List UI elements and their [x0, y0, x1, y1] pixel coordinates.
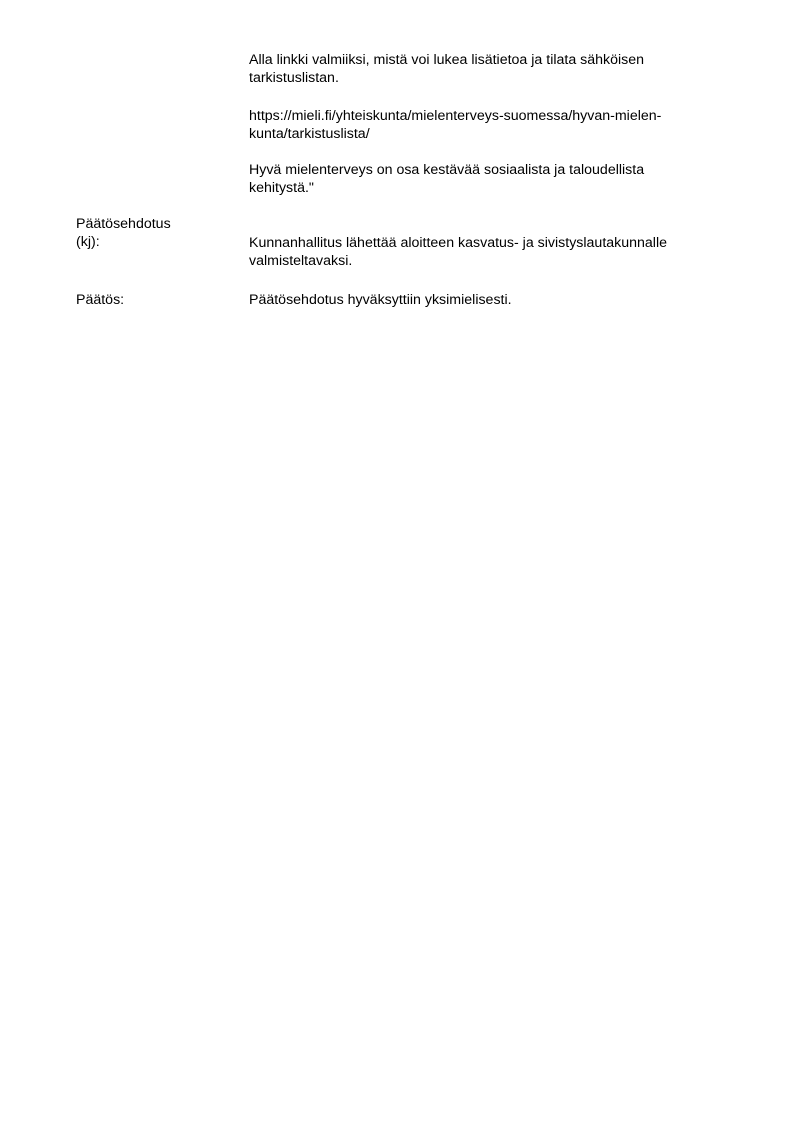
text-line: Kunnanhallitus lähettää aloitteen kasvat…: [249, 234, 667, 252]
paragraph-url: https://mieli.fi/yhteiskunta/mielenterve…: [249, 107, 661, 143]
text-line: valmisteltavaksi.: [249, 252, 667, 270]
text-line: Hyvä mielenterveys on osa kestävää sosia…: [249, 161, 644, 179]
url-line: https://mieli.fi/yhteiskunta/mielenterve…: [249, 107, 661, 125]
proposal-label: Päätösehdotus (kj):: [76, 215, 171, 251]
paragraph-link-intro: Alla linkki valmiiksi, mistä voi lukea l…: [249, 51, 644, 87]
decision-text: Päätösehdotus hyväksyttiin yksimielisest…: [249, 291, 512, 309]
text-line: Päätösehdotus hyväksyttiin yksimielisest…: [249, 291, 512, 309]
proposal-text: Kunnanhallitus lähettää aloitteen kasvat…: [249, 234, 667, 270]
text-line: Alla linkki valmiiksi, mistä voi lukea l…: [249, 51, 644, 69]
decision-label: Päätös:: [76, 291, 124, 309]
label-line: Päätös:: [76, 291, 124, 309]
label-line: (kj):: [76, 233, 171, 251]
url-line: kunta/tarkistuslista/: [249, 125, 661, 143]
text-line: tarkistuslistan.: [249, 69, 644, 87]
label-line: Päätösehdotus: [76, 215, 171, 233]
paragraph-closing-quote: Hyvä mielenterveys on osa kestävää sosia…: [249, 161, 644, 197]
text-line: kehitystä.": [249, 179, 644, 197]
